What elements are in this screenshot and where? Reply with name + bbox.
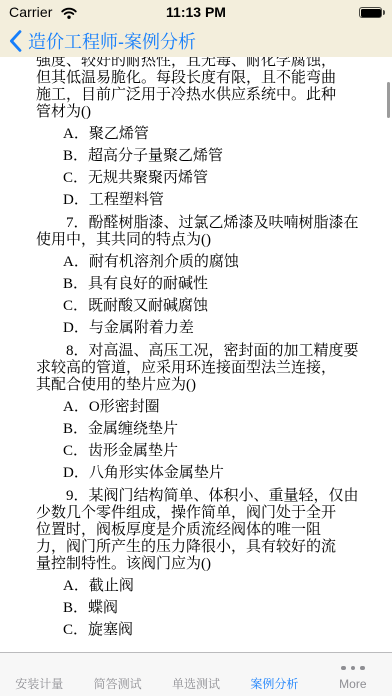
question-option: D．与金属附着力差: [63, 320, 366, 337]
question-option: A．O形密封圈: [63, 399, 366, 416]
scrollbar-thumb[interactable]: [387, 82, 390, 118]
tab-anli-fenxi[interactable]: 案例分析: [235, 653, 313, 696]
question-option: C．旋塞阀: [63, 622, 366, 639]
question-option: C．既耐酸又耐碱腐蚀: [63, 298, 366, 315]
question-option: D．工程塑料管: [63, 192, 366, 209]
status-time: 11:13 PM: [166, 4, 226, 20]
question-scroll-area[interactable]: 强度、较好的耐热性，且无毒、耐化学腐蚀， 但其低温易脆化。每段长度有限，且不能弯…: [0, 57, 392, 652]
question-text: 强度、较好的耐热性，且无毒、耐化学腐蚀， 但其低温易脆化。每段长度有限，且不能弯…: [36, 57, 366, 121]
tab-anzhuang-jiliang[interactable]: 安装计量: [0, 653, 78, 696]
question-option: B．具有良好的耐碱性: [63, 276, 366, 293]
question-option: D．八角形实体金属垫片: [63, 465, 366, 482]
question-option: B．蝶阀: [63, 600, 366, 617]
question-document: 强度、较好的耐热性，且无毒、耐化学腐蚀， 但其低温易脆化。每段长度有限，且不能弯…: [36, 57, 366, 639]
tab-danxuan-ceshi[interactable]: 单选测试: [157, 653, 235, 696]
tab-label: More: [339, 677, 366, 691]
question-option: A．截止阀: [63, 578, 366, 595]
tab-label: 简答测试: [94, 677, 142, 691]
more-ellipsis-icon: [341, 666, 365, 671]
question-option: A．聚乙烯管: [63, 126, 366, 143]
question-option: B．超高分子量聚乙烯管: [63, 148, 366, 165]
question-option: C．齿形金属垫片: [63, 443, 366, 460]
wifi-icon: [61, 6, 77, 24]
phone-screen: Carrier 11:13 PM 造价工程师-案例分析: [0, 0, 392, 696]
question-text: 7．酚醛树脂漆、过氯乙烯漆及呋喃树脂漆在 使用中，其共同的特点为(): [36, 215, 366, 249]
top-chrome: Carrier 11:13 PM 造价工程师-案例分析: [0, 0, 392, 57]
question-option: A．耐有机溶剂介质的腐蚀: [63, 254, 366, 271]
question-option: B．金属缠绕垫片: [63, 421, 366, 438]
back-button[interactable]: 造价工程师-案例分析: [9, 27, 196, 54]
chevron-left-icon: [9, 30, 22, 52]
tab-more[interactable]: More: [314, 653, 392, 696]
question-option: C．无规共聚聚丙烯管: [63, 170, 366, 187]
tab-label: 单选测试: [172, 677, 220, 691]
tab-label: 安装计量: [15, 677, 63, 691]
battery-icon: [359, 7, 382, 18]
carrier-label: Carrier: [9, 4, 52, 20]
question-text: 8．对高温、高压工况，密封面的加工精度要 求较高的管道，应采用环连接面型法兰连接…: [36, 343, 366, 394]
status-bar: Carrier 11:13 PM: [0, 0, 392, 24]
tab-bar: 安装计量 简答测试 单选测试 案例分析 More: [0, 652, 392, 696]
back-button-label: 造价工程师-案例分析: [28, 28, 196, 54]
question-text: 9．某阀门结构简单、体积小、重量轻，仅由 少数几个零件组成，操作简单，阀门处于全…: [36, 488, 366, 573]
tab-label: 案例分析: [250, 677, 298, 691]
tab-jianda-ceshi[interactable]: 简答测试: [78, 653, 156, 696]
navigation-bar: 造价工程师-案例分析: [0, 24, 392, 57]
